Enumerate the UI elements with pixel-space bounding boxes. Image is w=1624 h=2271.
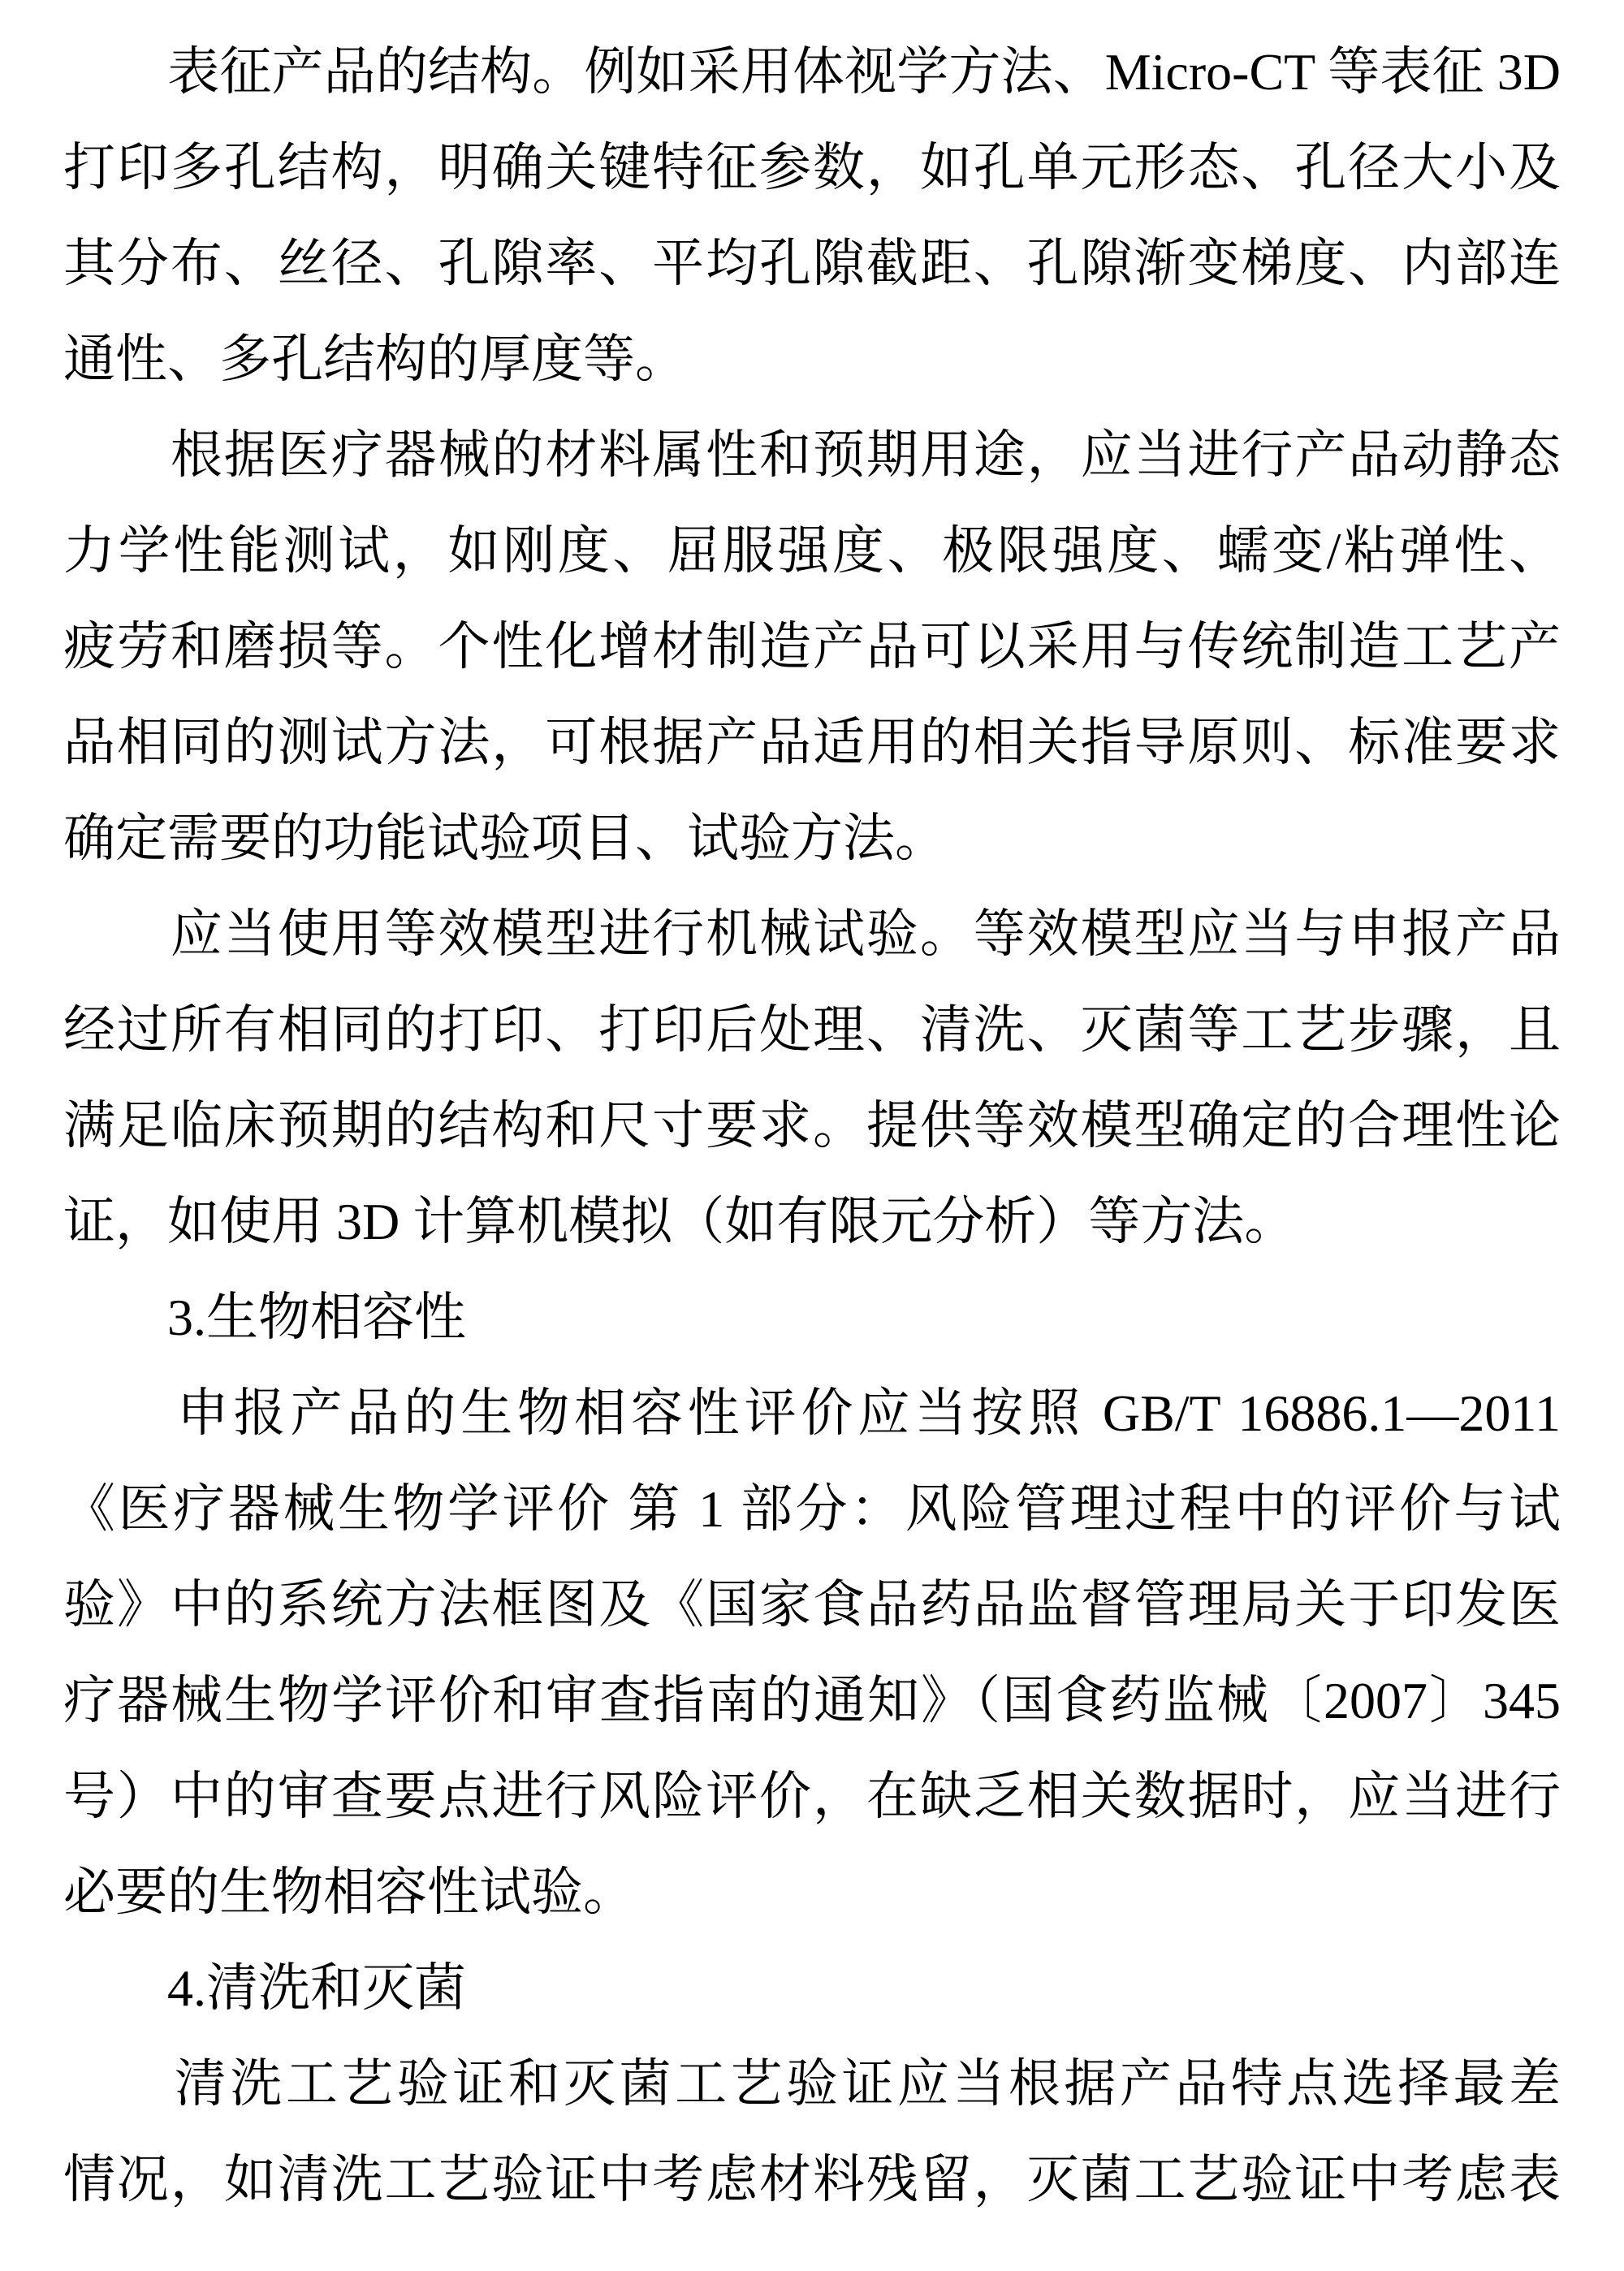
text-line: 情况，如清洗工艺验证中考虑材料残留，灭菌工艺验证中考虑表 — [63, 2132, 1561, 2228]
document-page: 表征产品的结构。例如采用体视学方法、Micro-CT 等表征 3D 打印多孔结构… — [0, 0, 1624, 2271]
text-line: 清洗工艺验证和灭菌工艺验证应当根据产品特点选择最差 — [63, 2036, 1561, 2132]
text-line: 表征产品的结构。例如采用体视学方法、Micro-CT 等表征 3D — [63, 24, 1561, 120]
text-line: 号）中的审查要点进行风险评价，在缺乏相关数据时，应当进行 — [63, 1749, 1561, 1845]
text-line: 申报产品的生物相容性评价应当按照 GB/T 16886.1—2011 — [63, 1366, 1561, 1461]
text-line: 确定需要的功能试验项目、试验方法。 — [63, 791, 1561, 887]
text-line: 必要的生物相容性试验。 — [63, 1845, 1561, 1941]
text-line: 根据医疗器械的材料属性和预期用途，应当进行产品动静态 — [63, 408, 1561, 503]
text-line: 品相同的测试方法，可根据产品适用的相关指导原则、标准要求 — [63, 695, 1561, 791]
text-line: 疗器械生物学评价和审查指南的通知》（国食药监械〔2007〕345 — [63, 1653, 1561, 1749]
text-line: 其分布、丝径、孔隙率、平均孔隙截距、孔隙渐变梯度、内部连 — [63, 216, 1561, 312]
section-heading: 3.生物相容性 — [63, 1270, 1561, 1366]
text-line: 疲劳和磨损等。个性化增材制造产品可以采用与传统制造工艺产 — [63, 599, 1561, 695]
text-line: 《医疗器械生物学评价 第 1 部分：风险管理过程中的评价与试 — [63, 1461, 1561, 1557]
text-line: 证，如使用 3D 计算机模拟（如有限元分析）等方法。 — [63, 1174, 1561, 1270]
text-line: 力学性能测试，如刚度、屈服强度、极限强度、蠕变/粘弹性、 — [63, 503, 1561, 599]
text-line: 经过所有相同的打印、打印后处理、清洗、灭菌等工艺步骤，且 — [63, 982, 1561, 1078]
text-line: 通性、多孔结构的厚度等。 — [63, 312, 1561, 408]
text-line: 验》中的系统方法框图及《国家食品药品监督管理局关于印发医 — [63, 1557, 1561, 1653]
text-line: 应当使用等效模型进行机械试验。等效模型应当与申报产品 — [63, 887, 1561, 982]
text-line: 满足临床预期的结构和尺寸要求。提供等效模型确定的合理性论 — [63, 1078, 1561, 1174]
section-heading: 4.清洗和灭菌 — [63, 1941, 1561, 2036]
text-line: 打印多孔结构，明确关键特征参数，如孔单元形态、孔径大小及 — [63, 120, 1561, 216]
